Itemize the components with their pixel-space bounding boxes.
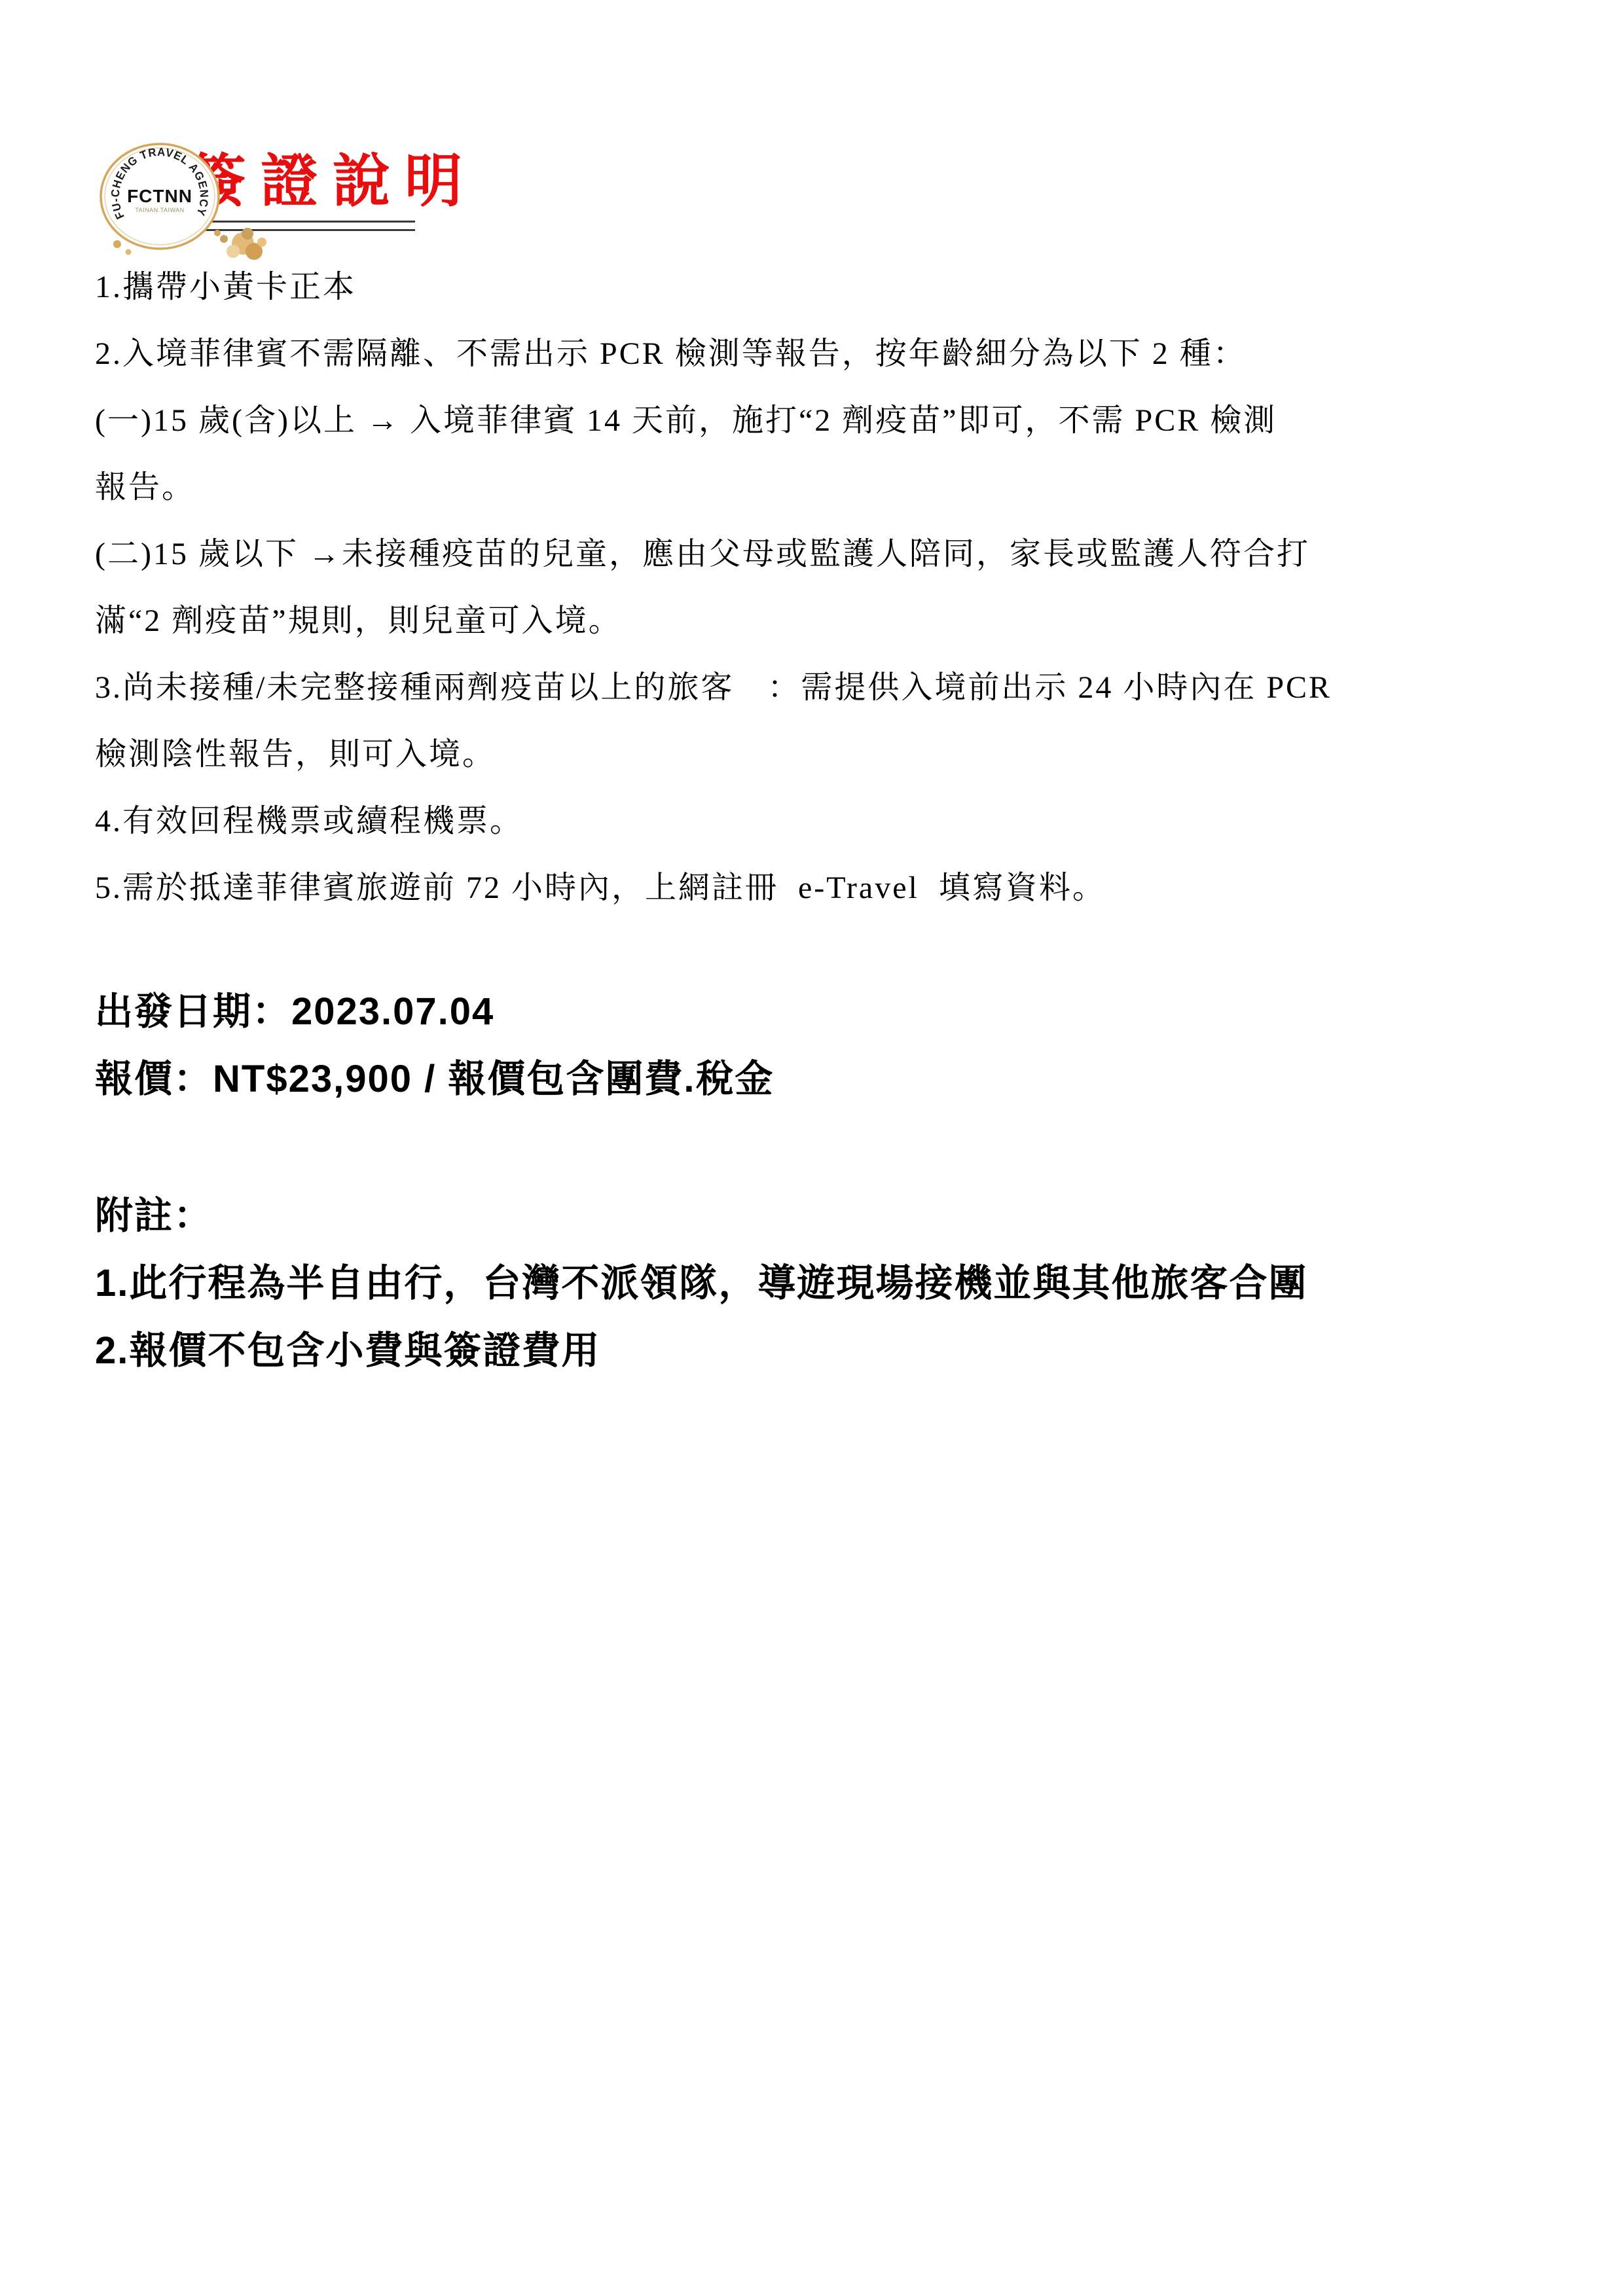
rule-line: 3.尚未接種/未完整接種兩劑疫苗以上的旅客 ：需提供入境前出示 24 小時內在 … <box>95 655 1545 721</box>
logo-sub-text: TAINAN.TAIWAN <box>135 207 184 213</box>
trip-summary: 出發日期：2023.07.04 報價：NT$23,900 / 報價包含團費.稅金 <box>95 978 1545 1113</box>
travel-agency-seal: FU-CHENG TRAVEL AGENCY FCTNN TAINAN.TAIW… <box>81 137 297 278</box>
rule-line: 滿“2 劑疫苗”規則，則兒童可入境。 <box>95 588 1545 655</box>
rule-line: 檢測陰性報告，則可入境。 <box>95 721 1545 788</box>
logo-center-text: FCTNN <box>127 186 192 206</box>
document-page: FU-CHENG TRAVEL AGENCY FCTNN TAINAN.TAIW… <box>0 0 1623 2296</box>
rule-line: 報告。 <box>95 454 1545 521</box>
note-line: 2.報價不包含小費與簽證費用 <box>95 1317 1545 1384</box>
note-line: 1.此行程為半自由行，台灣不派領隊，導遊現場接機並與其他旅客合團 <box>95 1249 1545 1317</box>
rule-line: 4.有效回程機票或續程機票。 <box>95 788 1545 855</box>
rule-line: 5.需於抵達菲律賓旅遊前 72 小時內，上網註冊 e-Travel 填寫資料。 <box>95 855 1545 922</box>
price-line: 報價：NT$23,900 / 報價包含團費.稅金 <box>95 1045 1545 1113</box>
notes-heading: 附註： <box>95 1182 1545 1249</box>
rule-line: (二)15 歲以下 →未接種疫苗的兒童，應由父母或監護人陪同，家長或監護人符合打 <box>95 521 1545 588</box>
rule-line: 2.入境菲律賓不需隔離、不需出示 PCR 檢測等報告，按年齡細分為以下 2 種： <box>95 321 1545 387</box>
notes-section: 附註： 1.此行程為半自由行，台灣不派領隊，導遊現場接機並與其他旅客合團 2.報… <box>95 1182 1545 1384</box>
visa-rules-list: 1.攜帶小黃卡正本 2.入境菲律賓不需隔離、不需出示 PCR 檢測等報告，按年齡… <box>95 254 1545 922</box>
rule-line: 1.攜帶小黃卡正本 <box>95 254 1545 321</box>
rule-line: (一)15 歲(含)以上 → 入境菲律賓 14 天前，施打“2 劑疫苗”即可，不… <box>95 387 1545 454</box>
departure-date-line: 出發日期：2023.07.04 <box>95 978 1545 1045</box>
